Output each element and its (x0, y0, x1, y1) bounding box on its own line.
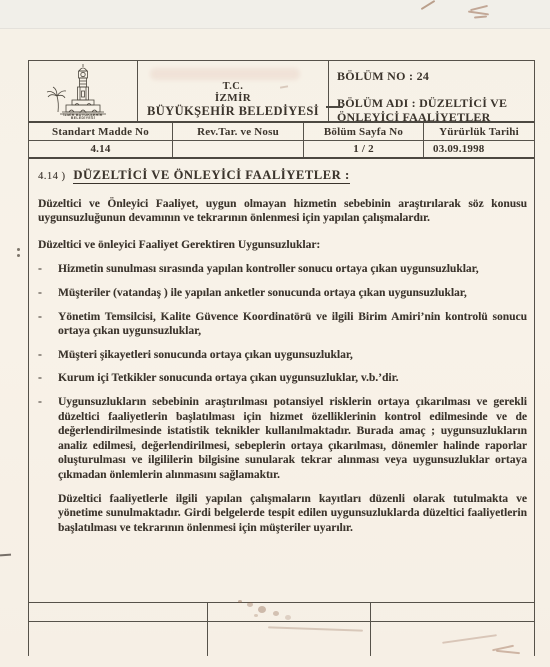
document-header: İZMİR BÜYÜKŞEHİR BELEDİYESİ T.C. İZMİR B… (29, 60, 534, 123)
section-name-line1: BÖLÜM ADI : DÜZELTİCİ VE (337, 97, 530, 111)
list-item-text: Hizmetin sunulması sırasında yapılan kon… (58, 262, 527, 277)
footer-row (29, 622, 534, 656)
list-item-text: Yönetim Temsilcisi, Kalite Güvence Koord… (58, 310, 527, 339)
clause-number: 4.14 ) (38, 171, 66, 182)
document-body: 4.14 ) DÜZELTİCİ VE ÖNLEYİCİ FAALİYETLER… (29, 159, 534, 607)
list-item: - Yönetim Temsilcisi, Kalite Güvence Koo… (38, 310, 527, 339)
section-number: BÖLÜM NO : 24 (337, 69, 530, 84)
list-item: - Müşteriler (vatandaş ) ile yapılan ank… (38, 286, 527, 301)
list-item-text: Müşteri şikayetleri sonucunda ortaya çık… (58, 348, 527, 363)
list-item-text: Kurum içi Tetkikler sonucunda ortaya çık… (58, 371, 527, 386)
meta-label-yururluk-tarihi: Yürürlük Tarihi (424, 123, 534, 140)
bullet-dash: - (38, 371, 58, 386)
section-name-line2: ÖNLEYİCİ FAALİYETLER (337, 111, 530, 125)
meta-label-standart-madde-no: Standart Madde No (29, 123, 173, 140)
org-line-tc: T.C. (223, 81, 244, 92)
scan-speck-artifact (0, 554, 11, 557)
bullet-dash: - (38, 310, 58, 339)
list-item: - Uygunsuzlukların sebebinin araştırılma… (38, 395, 527, 483)
footer-cell (29, 622, 208, 656)
footer-row (29, 603, 534, 622)
footer-table (29, 602, 534, 656)
definition-paragraph: Düzeltici ve Önleyici Faaliyet, uygun ol… (38, 197, 527, 226)
section-heading: 4.14 ) DÜZELTİCİ VE ÖNLEYİCİ FAALİYETLER… (38, 168, 527, 185)
list-item: - Müşteri şikayetleri sonucunda ortaya ç… (38, 348, 527, 363)
izmir-clock-tower-logo-icon: İZMİR BÜYÜKŞEHİR BELEDİYESİ (44, 63, 122, 119)
list-item: - Hizmetin sunulması sırasında yapılan k… (38, 262, 527, 277)
org-line-city: İZMİR (215, 92, 251, 104)
footer-cell (208, 622, 371, 656)
closing-paragraph: Düzeltici faaliyetlerle ilgili yapılan ç… (58, 492, 527, 536)
section-name: BÖLÜM ADI : DÜZELTİCİ VE ÖNLEYİCİ FAALİY… (337, 97, 530, 124)
scan-speck-artifact (17, 248, 20, 251)
meta-value-yururluk-tarihi: 03.09.1998 (424, 141, 534, 157)
footer-cell (29, 603, 208, 621)
logo-cell: İZMİR BÜYÜKŞEHİR BELEDİYESİ (29, 61, 138, 121)
header-meta-values-row: 4.14 1 / 2 03.09.1998 (29, 141, 534, 159)
scan-edge-strip (0, 0, 550, 29)
bullet-dash: - (38, 348, 58, 363)
list-item-text: Müşteriler (vatandaş ) ile yapılan anket… (58, 286, 527, 301)
logo-caption-line2: BELEDİYESİ (71, 116, 95, 119)
bullet-dash: - (38, 395, 58, 483)
document-frame: İZMİR BÜYÜKŞEHİR BELEDİYESİ T.C. İZMİR B… (28, 60, 535, 656)
meta-label-rev-tar-nosu: Rev.Tar. ve Nosu (173, 123, 304, 140)
heading-text: DÜZELTİCİ VE ÖNLEYİCİ FAALİYETLER : (73, 168, 349, 184)
list-item-text: Uygunsuzlukların sebebinin araştırılması… (58, 395, 527, 483)
bullet-dash: - (38, 286, 58, 301)
section-info-cell: BÖLÜM NO : 24 BÖLÜM ADI : DÜZELTİCİ VE Ö… (329, 61, 534, 121)
footer-cell (371, 603, 534, 621)
meta-value-bolum-sayfa-no: 1 / 2 (304, 141, 424, 157)
scan-bottom-fade (0, 655, 550, 667)
list-intro-paragraph: Düzeltici ve önleyici Faaliyet Gerektire… (38, 238, 527, 253)
footer-cell (371, 622, 534, 656)
org-line-municipality: BÜYÜKŞEHİR BELEDİYESİ (147, 104, 319, 118)
organization-title-cell: T.C. İZMİR BÜYÜKŞEHİR BELEDİYESİ (138, 61, 329, 121)
bullet-dash: - (38, 262, 58, 277)
footer-cell (208, 603, 371, 621)
scanned-document-page: İZMİR BÜYÜKŞEHİR BELEDİYESİ T.C. İZMİR B… (0, 0, 550, 667)
list-item: - Kurum içi Tetkikler sonucunda ortaya ç… (38, 371, 527, 386)
header-meta-labels-row: Standart Madde No Rev.Tar. ve Nosu Bölüm… (29, 123, 534, 141)
meta-value-standart-madde-no: 4.14 (29, 141, 173, 157)
meta-label-bolum-sayfa-no: Bölüm Sayfa No (304, 123, 424, 140)
stray-line-artifact (326, 106, 343, 108)
meta-value-rev-tar-nosu (173, 141, 304, 157)
